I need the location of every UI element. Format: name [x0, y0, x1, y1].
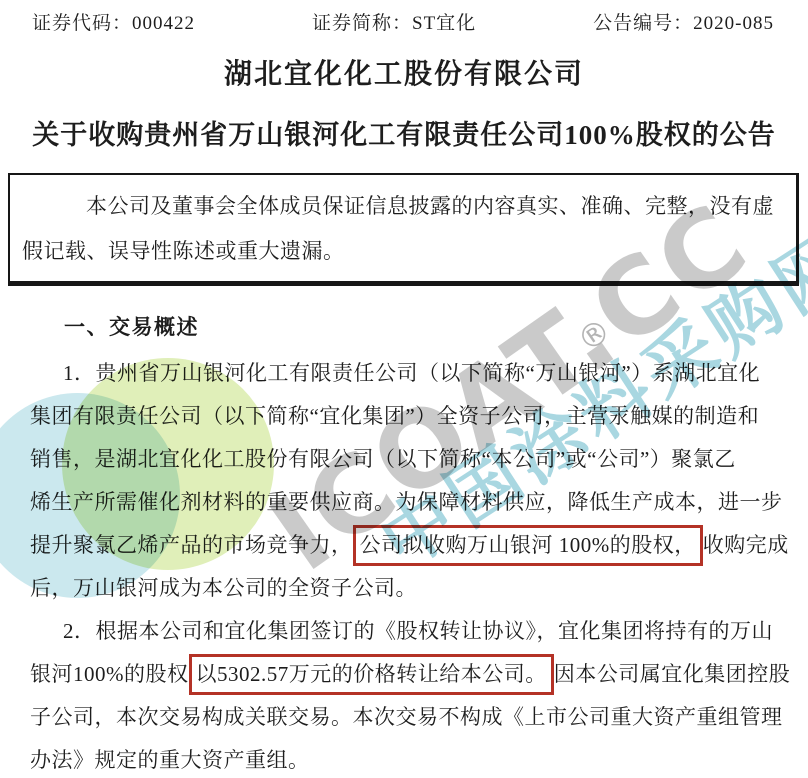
body-text: 1．贵州省万山银河化工有限责任公司（以下简称“万山银河”）系湖北宜化 集团有限责… [30, 352, 788, 778]
paragraph-line: 银河100%的股权以5302.57万元的价格转让给本公司。因本公司属宜化集团控股 [30, 653, 788, 696]
document-subtitle: 关于收购贵州省万山银河化工有限责任公司100%股权的公告 [0, 113, 808, 152]
paragraph-line: 1．贵州省万山银河化工有限责任公司（以下简称“万山银河”）系湖北宜化 [30, 352, 788, 395]
paragraph-line: 子公司，本次交易构成关联交易。本次交易不构成《上市公司重大资产重组管理 [30, 696, 788, 739]
paragraph-line: 销售，是湖北宜化化工股份有限公司（以下简称“本公司”或“公司”）聚氯乙 [30, 438, 788, 481]
stock-code: 证券代码：000422 [32, 8, 195, 35]
paragraph-line: 办法》规定的重大资产重组。 [30, 739, 788, 778]
paragraph-text: 因本公司属宜化集团控股 [554, 662, 791, 686]
paragraph-text: 办法》规定的重大资产重组。 [30, 748, 310, 772]
stock-abbreviation: 证券简称：ST宜化 [312, 8, 476, 35]
paragraph-line: 提升聚氯乙烯产品的市场竞争力，公司拟收购万山银河 100%的股权，收购完成 [30, 524, 788, 567]
document-title: 湖北宜化化工股份有限公司 [0, 52, 808, 92]
paragraph-text: 集团有限责任公司（以下简称“宜化集团”）全资子公司，主营汞触媒的制造和 [30, 404, 759, 428]
paragraph-line: 集团有限责任公司（以下简称“宜化集团”）全资子公司，主营汞触媒的制造和 [30, 395, 788, 438]
section-heading-transaction-overview: 一、交易概述 [64, 311, 808, 341]
announcement-number: 公告编号：2020-085 [593, 8, 774, 35]
paragraph-text: 2．根据本公司和宜化集团签订的《股权转让协议》，宜化集团将持有的万山 [63, 619, 773, 643]
paragraph-text: 烯生产所需催化剂材料的重要供应商。为保障材料供应，降低生产成本，进一步 [30, 490, 783, 514]
paragraph-text: 1．贵州省万山银河化工有限责任公司（以下简称“万山银河”）系湖北宜化 [63, 361, 760, 385]
paragraph-line: 2．根据本公司和宜化集团签订的《股权转让协议》，宜化集团将持有的万山 [30, 610, 788, 653]
disclaimer-line: 本公司及董事会全体成员保证信息披露的内容真实、准确、完整，没有虚 [22, 184, 784, 229]
disclaimer-box: 本公司及董事会全体成员保证信息披露的内容真实、准确、完整，没有虚 假记载、误导性… [8, 173, 799, 286]
paragraph-text: 银河100%的股权 [30, 662, 189, 686]
paragraph-text: 收购完成 [703, 533, 789, 557]
paragraph-text: 子公司，本次交易构成关联交易。本次交易不构成《上市公司重大资产重组管理 [30, 705, 783, 729]
paragraph-text: 后，万山银河成为本公司的全资子公司。 [30, 576, 417, 600]
paragraph-line: 后，万山银河成为本公司的全资子公司。 [30, 567, 788, 610]
paragraph-text: 销售，是湖北宜化化工股份有限公司（以下简称“本公司”或“公司”）聚氯乙 [30, 447, 736, 471]
paragraph-line: 烯生产所需催化剂材料的重要供应商。为保障材料供应，降低生产成本，进一步 [30, 481, 788, 524]
acquisition-equity-highlight: 公司拟收购万山银河 100%的股权， [353, 525, 703, 566]
paragraph-text: 提升聚氯乙烯产品的市场竞争力， [30, 533, 353, 557]
transfer-price-highlight: 以5302.57万元的价格转让给本公司。 [189, 654, 554, 695]
disclaimer-line: 假记载、误导性陈述或重大遗漏。 [22, 229, 784, 274]
document-header: 证券代码：000422 证券简称：ST宜化 公告编号：2020-085 [0, 0, 808, 35]
